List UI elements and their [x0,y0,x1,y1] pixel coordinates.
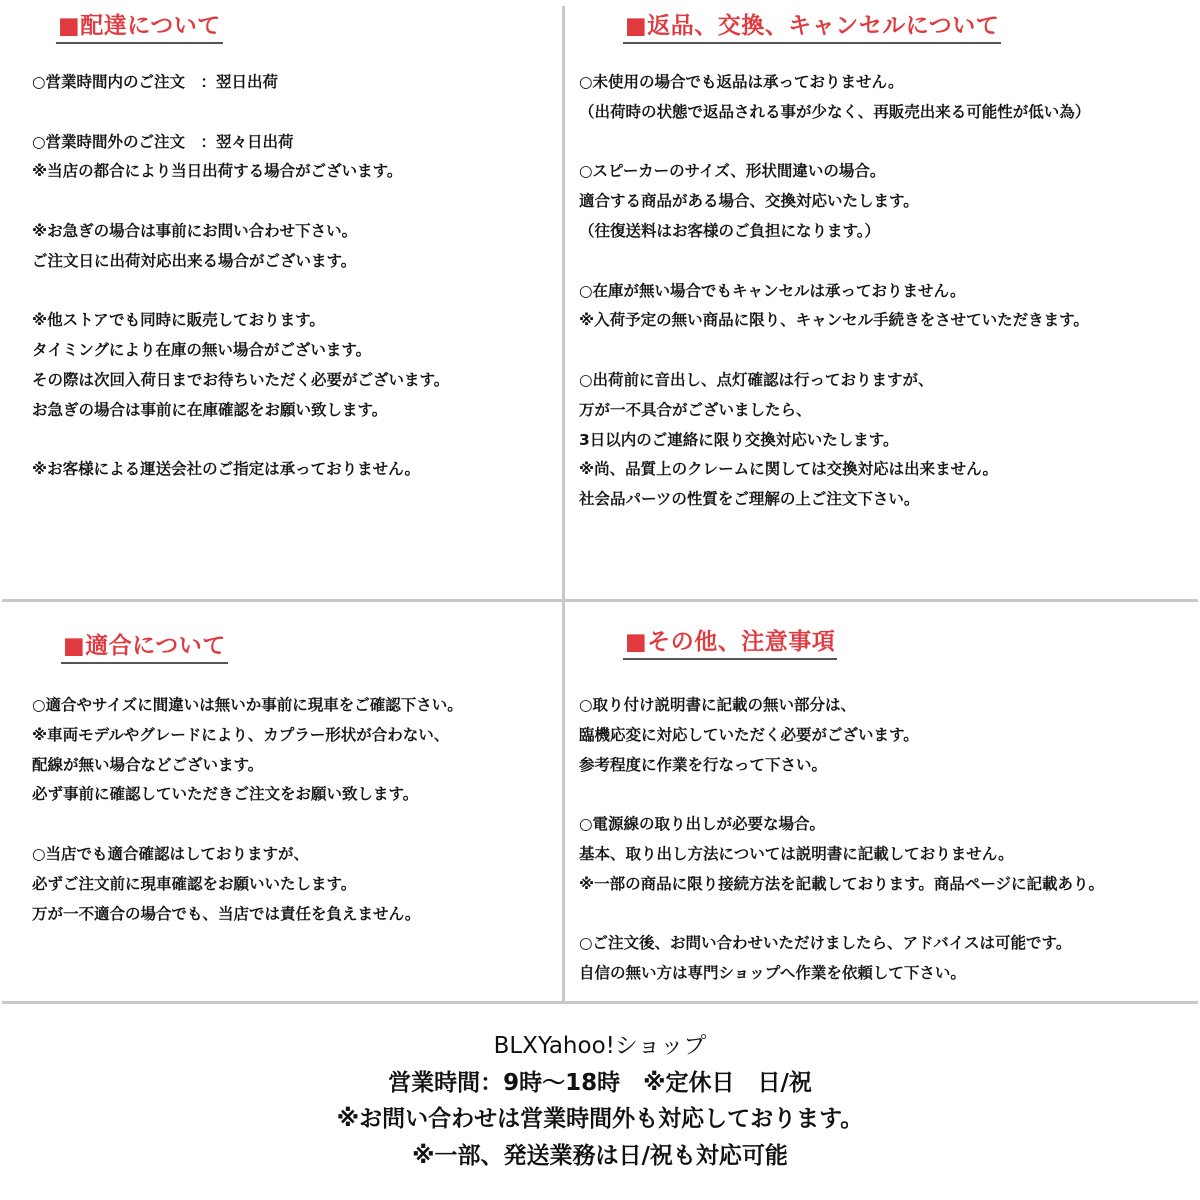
inquiry-note: ※お問い合わせは営業時間外も対応しております。 [0,1101,1200,1138]
text-line [579,900,1104,930]
text-line [32,426,449,456]
text-line: ○当店でも適合確認はしておりますが、 [32,840,463,870]
shop-footer: BLXYahoo!ショップ 営業時間：9時〜18時 ※定休日 日/祝 ※お問い合… [0,1028,1200,1174]
section-heading-returns: ■返品、交換、キャンセルについて [623,7,1001,44]
text-line: ○スピーカーのサイズ、形状間違いの場合。 [579,157,1090,187]
text-line: ○適合やサイズに間違いは無いか事前に現車をご確認下さい。 [32,691,463,721]
text-line: ○在庫が無い場合でもキャンセルは承っておりません。 [579,277,1090,307]
vertical-divider [562,6,565,1002]
text-line: ※入荷予定の無い商品に限り、キャンセル手続きをさせていただきます。 [579,306,1090,336]
text-line: 万が一不適合の場合でも、当店では責任を負えません。 [32,900,463,930]
section-body-other-notes: ○取り付け説明書に記載の無い部分は、 臨機応変に対応していただく必要がございます… [579,691,1104,989]
text-line [579,336,1090,366]
text-line: ※お客様による運送会社のご指定は承っておりません。 [32,455,449,485]
text-line: ○ご注文後、お問い合わせいただけましたら、アドバイスは可能です。 [579,929,1104,959]
text-line: お急ぎの場合は事前に在庫確認をお願い致します。 [32,396,449,426]
text-line: タイミングにより在庫の無い場合がございます。 [32,336,449,366]
text-line: （出荷時の状態で返品される事が少なく、再販売出来る可能性が低い為） [579,98,1090,128]
text-line: ○取り付け説明書に記載の無い部分は、 [579,691,1104,721]
text-line: 適合する商品がある場合、交換対応いたします。 [579,187,1090,217]
middle-horizontal-divider [2,599,1198,602]
text-line: 万が一不具合がございましたら、 [579,396,1090,426]
bottom-horizontal-divider [2,1001,1198,1004]
shipping-note: ※一部、発送業務は日/祝も対応可能 [0,1138,1200,1175]
text-line: 自信の無い方は専門ショップへ作業を依頼して下さい。 [579,959,1104,989]
text-line: ○未使用の場合でも返品は承っておりません。 [579,68,1090,98]
text-line: ※当店の都合により当日出荷する場合がございます。 [32,157,449,187]
text-line: 臨機応変に対応していただく必要がございます。 [579,721,1104,751]
text-line: 参考程度に作業を行なって下さい。 [579,751,1104,781]
text-line: ○電源線の取り出しが必要な場合。 [579,810,1104,840]
text-line: 必ず事前に確認していただきご注文をお願い致します。 [32,780,463,810]
shop-name: BLXYahoo!ショップ [0,1028,1200,1065]
section-body-delivery: ○営業時間内のご注文 ：翌日出荷 ○営業時間外のご注文 ：翌々日出荷 ※当店の都… [32,68,449,485]
section-heading-compatibility: ■適合について [61,627,228,664]
text-line: ※他ストアでも同時に販売しております。 [32,306,449,336]
text-line: ※お急ぎの場合は事前にお問い合わせ下さい。 [32,217,449,247]
text-line [579,128,1090,158]
text-line [579,780,1104,810]
text-line [32,277,449,307]
text-line: ご注文日に出荷対応出来る場合がございます。 [32,247,449,277]
text-line: ※車両モデルやグレードにより、カプラー形状が合わない、 [32,721,463,751]
business-hours: 営業時間：9時〜18時 ※定休日 日/祝 [0,1065,1200,1102]
text-line: その際は次回入荷日までお待ちいただく必要がございます。 [32,366,449,396]
text-line: 配線が無い場合などございます。 [32,751,463,781]
section-body-returns: ○未使用の場合でも返品は承っておりません。 （出荷時の状態で返品される事が少なく… [579,68,1090,515]
text-line: ※尚、品質上のクレームに関しては交換対応は出来ません。 [579,455,1090,485]
text-line: ○営業時間内のご注文 ：翌日出荷 [32,68,449,98]
section-body-compatibility: ○適合やサイズに間違いは無いか事前に現車をご確認下さい。 ※車両モデルやグレード… [32,691,463,929]
text-line: ○営業時間外のご注文 ：翌々日出荷 [32,128,449,158]
section-heading-delivery: ■配達について [56,7,223,44]
text-line: （往復送料はお客様のご負担になります。） [579,217,1090,247]
text-line [32,98,449,128]
text-line: ※一部の商品に限り接続方法を記載しております。商品ページに記載あり。 [579,870,1104,900]
text-line: ○出荷前に音出し、点灯確認は行っておりますが、 [579,366,1090,396]
text-line: 必ずご注文前に現車確認をお願いいたします。 [32,870,463,900]
text-line [32,187,449,217]
text-line: 社会品パーツの性質をご理解の上ご注文下さい。 [579,485,1090,515]
text-line: 3日以内のご連絡に限り交換対応いたします。 [579,426,1090,456]
text-line [32,810,463,840]
section-heading-other-notes: ■その他、注意事項 [623,623,837,660]
text-line [579,247,1090,277]
text-line: 基本、取り出し方法については説明書に記載しておりません。 [579,840,1104,870]
